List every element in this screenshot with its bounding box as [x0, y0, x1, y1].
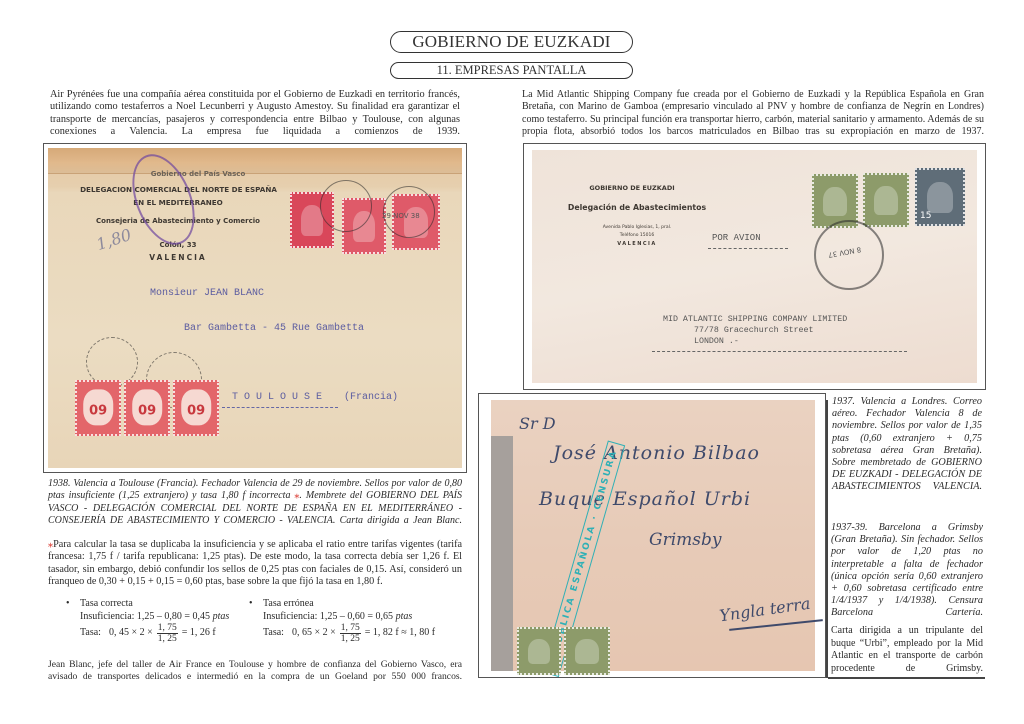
page-title: GOBIERNO DE EUZKADI [390, 31, 633, 53]
postmark-valencia [320, 180, 372, 232]
cover-toulouse-image: Gobierno del País Vasco DELEGACION COMER… [43, 143, 467, 473]
stamp-green-2 [863, 173, 909, 227]
letterhead-line5: VALENCIA [128, 253, 228, 262]
handwritten-city: Grimsby [649, 530, 721, 550]
cover-london-image: GOBIERNO DE EUZKADI Delegación de Abaste… [523, 143, 986, 390]
cover-london-caption: 1937. Valencia a Londres. Correo aéreo. … [832, 396, 982, 494]
section-title: 11. EMPRESAS PANTALLA [390, 62, 633, 79]
calc-wrong: • Tasa errónea Insuficiencia: 1,25 – 0,6… [263, 598, 463, 644]
handwritten-ship: Buque Español Urbi [539, 488, 751, 510]
handwritten-country: Yngla terra [718, 594, 811, 626]
calc-insufficiency: Insuficiencia: 1,25 – 0,80 = 0,45 ptas [80, 611, 260, 624]
airmail-label: POR AVION [712, 233, 761, 243]
left-closing: Jean Blanc, jefe del taller de Air Franc… [48, 659, 462, 683]
stamp-green-1 [517, 627, 561, 675]
right-closing: Carta dirigida a un tripulante del buque… [831, 625, 983, 675]
address-underline [222, 407, 338, 408]
address-company: MID ATLANTIC SHIPPING COMPANY LIMITED [663, 315, 847, 324]
calc-title: Tasa errónea [263, 598, 463, 611]
bottom-rule [828, 677, 985, 679]
cover-toulouse-caption: 1938. Valencia a Toulouse (Francia). Fec… [48, 478, 462, 527]
postage-due-stamp-3: 60 [173, 380, 219, 436]
cover-grimsby-caption: 1937-39. Barcelona a Grimsby (Gran Breta… [831, 522, 983, 620]
left-intro: Air Pyrénées fue una compañía aérea cons… [50, 89, 460, 138]
letterhead-line1: GOBIERNO DE EUZKADI [572, 184, 692, 192]
calc-correct: • Tasa correcta Insuficiencia: 1,25 – 0,… [80, 598, 260, 644]
address-underline [652, 351, 907, 352]
postmark-date: 29 NOV 38 [382, 212, 420, 220]
letterhead-line2: Delegación de Abastecimientos [562, 203, 712, 212]
address-recipient: Monsieur JEAN BLANC [150, 288, 264, 299]
airmail-underline [708, 248, 788, 249]
pencil-tax-note: 1,80 [94, 225, 134, 254]
letterhead-line4: Teléfono 15016 [602, 233, 672, 238]
calc-insufficiency: Insuficiencia: 1,25 – 0,60 = 0,65 ptas [263, 611, 463, 624]
handwritten-name: José Antonio Bilbao [553, 442, 760, 464]
censor-tape [491, 436, 513, 671]
right-intro: La Mid Atlantic Shipping Company fue cre… [522, 89, 984, 138]
letterhead-line5: VALENCIA [602, 241, 672, 247]
tax-explanation: ⁎Para calcular la tasa se duplicaba la i… [48, 539, 462, 588]
handwritten-salutation: Sr D [519, 414, 556, 433]
address-street: 77/78 Gracechurch Street [694, 326, 814, 335]
postage-due-stamp-1: 60 [75, 380, 121, 436]
stamp-blue-15c: 15 [915, 168, 965, 226]
calc-title: Tasa correcta [80, 598, 260, 611]
address-country: (Francia) [344, 392, 398, 403]
divider-vertical [826, 400, 828, 678]
address-street: Bar Gambetta - 45 Rue Gambetta [184, 323, 364, 334]
calc-formula: Tasa: 0, 45 × 2 × 1, 751, 25 = 1, 26 f [80, 623, 260, 644]
address-city: T O U L O U S E [232, 392, 322, 403]
stamp-green-2 [564, 627, 610, 675]
cover-grimsby-image: Sr D José Antonio Bilbao Buque Español U… [478, 393, 826, 678]
postage-due-stamp-2: 60 [124, 380, 170, 436]
letterhead-line3: Avenida Pablo Iglesias, 1, pral. [582, 225, 692, 230]
calc-formula: Tasa: 0, 65 × 2 × 1, 751, 25 = 1, 82 f ≈… [263, 623, 463, 644]
address-city: LONDON .- [694, 337, 739, 346]
